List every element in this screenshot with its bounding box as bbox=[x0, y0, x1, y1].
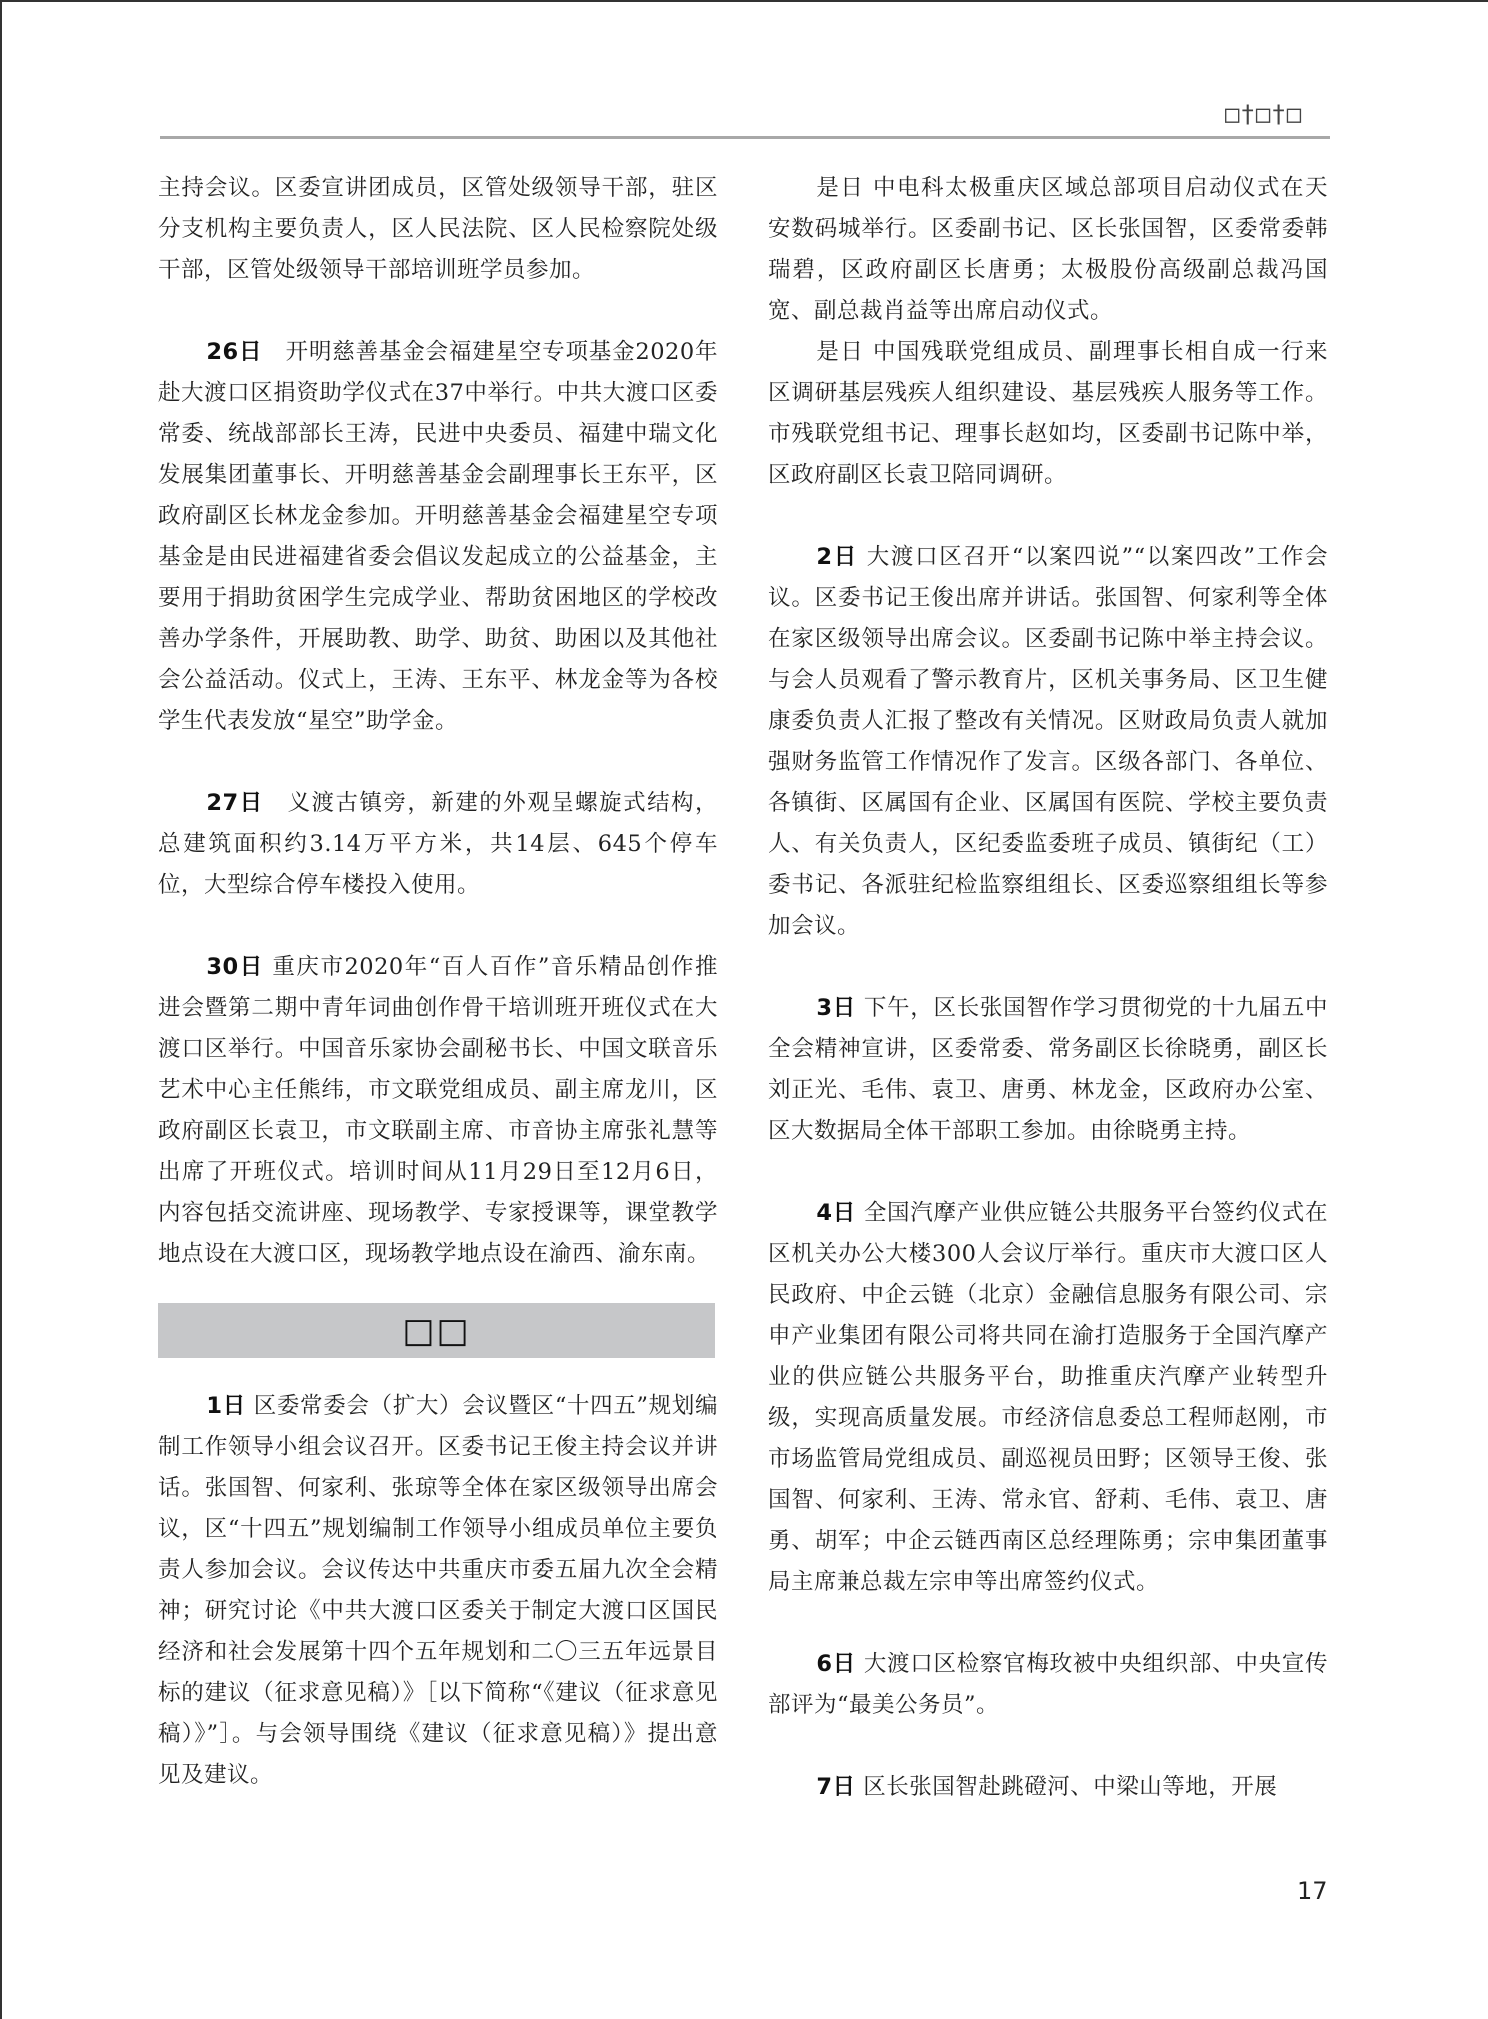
entry-text: 全国汽摩产业供应链公共服务平台签约仪式在区机关办公大楼300人会议厅举行。重庆市… bbox=[768, 1200, 1328, 1595]
entry-6: 6日 大渡口区检察官梅玫被中央组织部、中央宣传部评为“最美公务员”。 bbox=[768, 1644, 1328, 1726]
paragraph-text: 主持会议。区委宣讲团成员，区管处级领导干部，驻区分支机构主要负责人，区人民法院、… bbox=[158, 175, 718, 283]
entry-day: 4日 bbox=[816, 1200, 856, 1226]
entry-30: 30日 重庆市2020年“百人百作”音乐精品创作推进会暨第二期中青年词曲创作骨干… bbox=[158, 947, 718, 1275]
left-column: 主持会议。区委宣讲团成员，区管处级领导干部，驻区分支机构主要负责人，区人民法院、… bbox=[158, 168, 718, 1796]
entry-day: 是日 bbox=[816, 339, 864, 365]
page-edge-left bbox=[0, 0, 2, 2019]
page-edge-top bbox=[0, 0, 1488, 2]
entry-same-day-1: 是日 中电科太极重庆区域总部项目启动仪式在天安数码城举行。区委副书记、区长张国智… bbox=[768, 168, 1328, 332]
right-column: 是日 中电科太极重庆区域总部项目启动仪式在天安数码城举行。区委副书记、区长张国智… bbox=[768, 168, 1328, 1808]
paragraph-gap bbox=[768, 1603, 1328, 1644]
entry-text: 重庆市2020年“百人百作”音乐精品创作推进会暨第二期中青年词曲创作骨干培训班开… bbox=[158, 954, 718, 1267]
entry-text: 开明慈善基金会福建星空专项基金2020年赴大渡口区捐资助学仪式在37中举行。中共… bbox=[158, 339, 718, 734]
entry-day: 26日 bbox=[206, 339, 262, 365]
entry-day: 27日 bbox=[206, 790, 263, 816]
entry-27: 27日 义渡古镇旁，新建的外观呈螺旋式结构，总建筑面积约3.14万平方米，共14… bbox=[158, 783, 718, 906]
entry-2: 2日 大渡口区召开“以案四说”“以案四改”工作会议。区委书记王俊出席并讲话。张国… bbox=[768, 537, 1328, 947]
entry-day: 30日 bbox=[206, 954, 263, 980]
entry-day: 6日 bbox=[816, 1651, 856, 1677]
month-section-header: □□ bbox=[158, 1303, 715, 1358]
entry-26: 26日 开明慈善基金会福建星空专项基金2020年赴大渡口区捐资助学仪式在37中举… bbox=[158, 332, 718, 742]
entry-7: 7日 区长张国智赴跳磴河、中梁山等地，开展 bbox=[768, 1767, 1328, 1808]
entry-text: 区委常委会（扩大）会议暨区“十四五”规划编制工作领导小组会议召开。区委书记王俊主… bbox=[158, 1393, 718, 1788]
paragraph-gap bbox=[768, 1726, 1328, 1767]
entry-4: 4日 全国汽摩产业供应链公共服务平台签约仪式在区机关办公大楼300人会议厅举行。… bbox=[768, 1193, 1328, 1603]
entry-day: 1日 bbox=[206, 1393, 246, 1419]
page-number: 17 bbox=[1297, 1877, 1328, 1905]
entry-1: 1日 区委常委会（扩大）会议暨区“十四五”规划编制工作领导小组会议召开。区委书记… bbox=[158, 1386, 718, 1796]
paragraph-gap bbox=[768, 496, 1328, 537]
entry-day: 7日 bbox=[816, 1774, 855, 1800]
paragraph-gap bbox=[768, 947, 1328, 988]
paragraph-gap bbox=[768, 1152, 1328, 1193]
running-header-mark: □†□†□ bbox=[1225, 100, 1302, 130]
entry-text: 区长张国智赴跳磴河、中梁山等地，开展 bbox=[863, 1774, 1277, 1800]
entry-same-day-2: 是日 中国残联党组成员、副理事长相自成一行来区调研基层残疾人组织建设、基层残疾人… bbox=[768, 332, 1328, 496]
entry-text: 大渡口区召开“以案四说”“以案四改”工作会议。区委书记王俊出席并讲话。张国智、何… bbox=[768, 544, 1328, 939]
section-gap bbox=[158, 1275, 718, 1303]
paragraph-gap bbox=[158, 742, 718, 783]
paragraph-continued: 主持会议。区委宣讲团成员，区管处级领导干部，驻区分支机构主要负责人，区人民法院、… bbox=[158, 168, 718, 291]
header-rule bbox=[160, 136, 1330, 139]
entry-day: 是日 bbox=[816, 175, 864, 201]
month-section-title: □□ bbox=[402, 1311, 470, 1351]
entry-day: 3日 bbox=[816, 995, 856, 1021]
entry-day: 2日 bbox=[816, 544, 858, 570]
entry-3: 3日 下午，区长张国智作学习贯彻党的十九届五中全会精神宣讲，区委常委、常务副区长… bbox=[768, 988, 1328, 1152]
paragraph-gap bbox=[158, 906, 718, 947]
paragraph-gap bbox=[158, 291, 718, 332]
section-gap bbox=[158, 1376, 718, 1386]
